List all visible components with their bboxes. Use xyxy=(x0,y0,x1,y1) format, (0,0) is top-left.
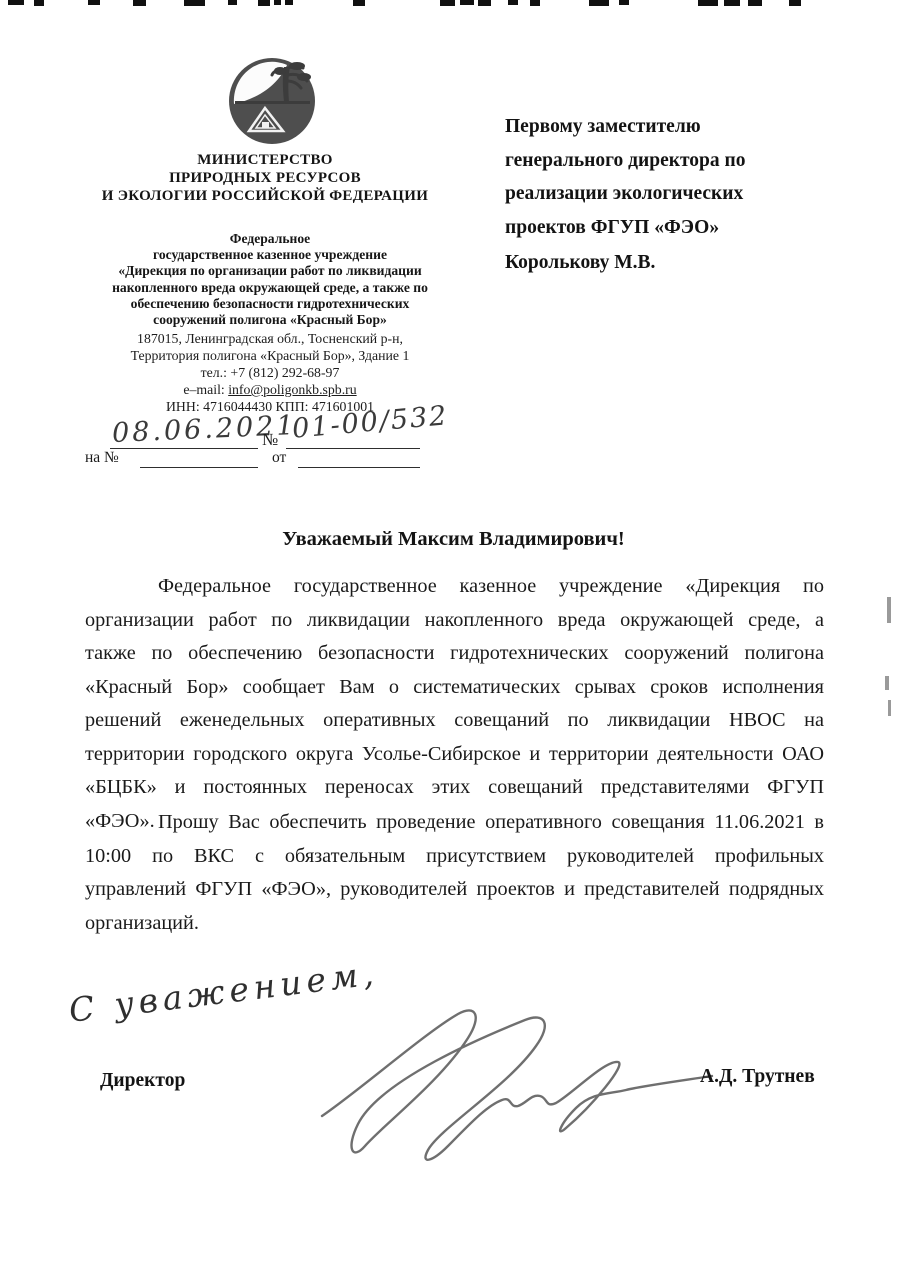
institution-line: накопленного вреда окружающей среде, а т… xyxy=(70,280,470,296)
recipient-block: Первому заместителю генерального директо… xyxy=(505,110,903,280)
institution-line: «Дирекция по организации работ по ликвид… xyxy=(70,263,470,279)
ministry-line: МИНИСТЕРСТВО xyxy=(55,151,475,169)
number-sign-label: № xyxy=(262,430,278,450)
contact-block: 187015, Ленинградская обл., Тосненский р… xyxy=(70,330,470,415)
ot-label: от xyxy=(272,449,286,467)
institution-name: Федеральное государственное казенное учр… xyxy=(70,231,470,328)
recipient-line: реализации экологических xyxy=(505,177,903,211)
recipient-line: проектов ФГУП «ФЭО» xyxy=(505,211,903,245)
ministry-emblem-icon xyxy=(227,55,317,147)
ministry-line: ПРИРОДНЫХ РЕСУРСОВ xyxy=(55,169,475,187)
na-number-label: на № xyxy=(85,449,119,467)
recipient-name: Королькову М.В. xyxy=(505,246,903,280)
scan-artifact-speck xyxy=(888,700,891,716)
address-line: 187015, Ленинградская обл., Тосненский р… xyxy=(70,330,470,347)
recipient-line: генерального директора по xyxy=(505,144,903,178)
scan-artifact-top xyxy=(0,0,903,10)
signer-title: Директор xyxy=(100,1070,185,1092)
date-underline xyxy=(110,429,258,449)
institution-line: обеспечению безопасности гидротехнически… xyxy=(70,296,470,312)
salutation: Уважаемый Максим Владимирович! xyxy=(85,528,822,551)
institution-line: сооружений полигона «Красный Бор» xyxy=(70,312,470,328)
signature-autograph xyxy=(320,998,720,1183)
phone: тел.: +7 (812) 292-68-97 xyxy=(70,364,470,381)
ministry-name: МИНИСТЕРСТВО ПРИРОДНЫХ РЕСУРСОВ И ЭКОЛОГ… xyxy=(55,151,475,205)
email-address: info@poligonkb.spb.ru xyxy=(228,382,356,397)
body-paragraph-2: Прошу Вас обеспечить проведение оператив… xyxy=(85,806,824,940)
ot-underline xyxy=(298,448,420,468)
signer-name: А.Д. Трутнев xyxy=(700,1066,815,1088)
email-label: e–mail: xyxy=(183,382,228,397)
institution-line: государственное казенное учреждение xyxy=(70,247,470,263)
ministry-line: И ЭКОЛОГИИ РОССИЙСКОЙ ФЕДЕРАЦИИ xyxy=(55,187,475,205)
na-underline xyxy=(140,448,258,468)
institution-line: Федеральное xyxy=(70,231,470,247)
number-underline xyxy=(286,429,420,449)
body-paragraph-1: Федеральное государственное казенное учр… xyxy=(85,570,824,838)
email-line: e–mail: info@poligonkb.spb.ru xyxy=(70,381,470,398)
scan-artifact-speck xyxy=(887,597,891,623)
scanned-letter-page: МИНИСТЕРСТВО ПРИРОДНЫХ РЕСУРСОВ И ЭКОЛОГ… xyxy=(0,0,903,1280)
recipient-line: Первому заместителю xyxy=(505,110,903,144)
scan-artifact-speck xyxy=(885,676,889,690)
address-line: Территория полигона «Красный Бор», Здани… xyxy=(70,347,470,364)
